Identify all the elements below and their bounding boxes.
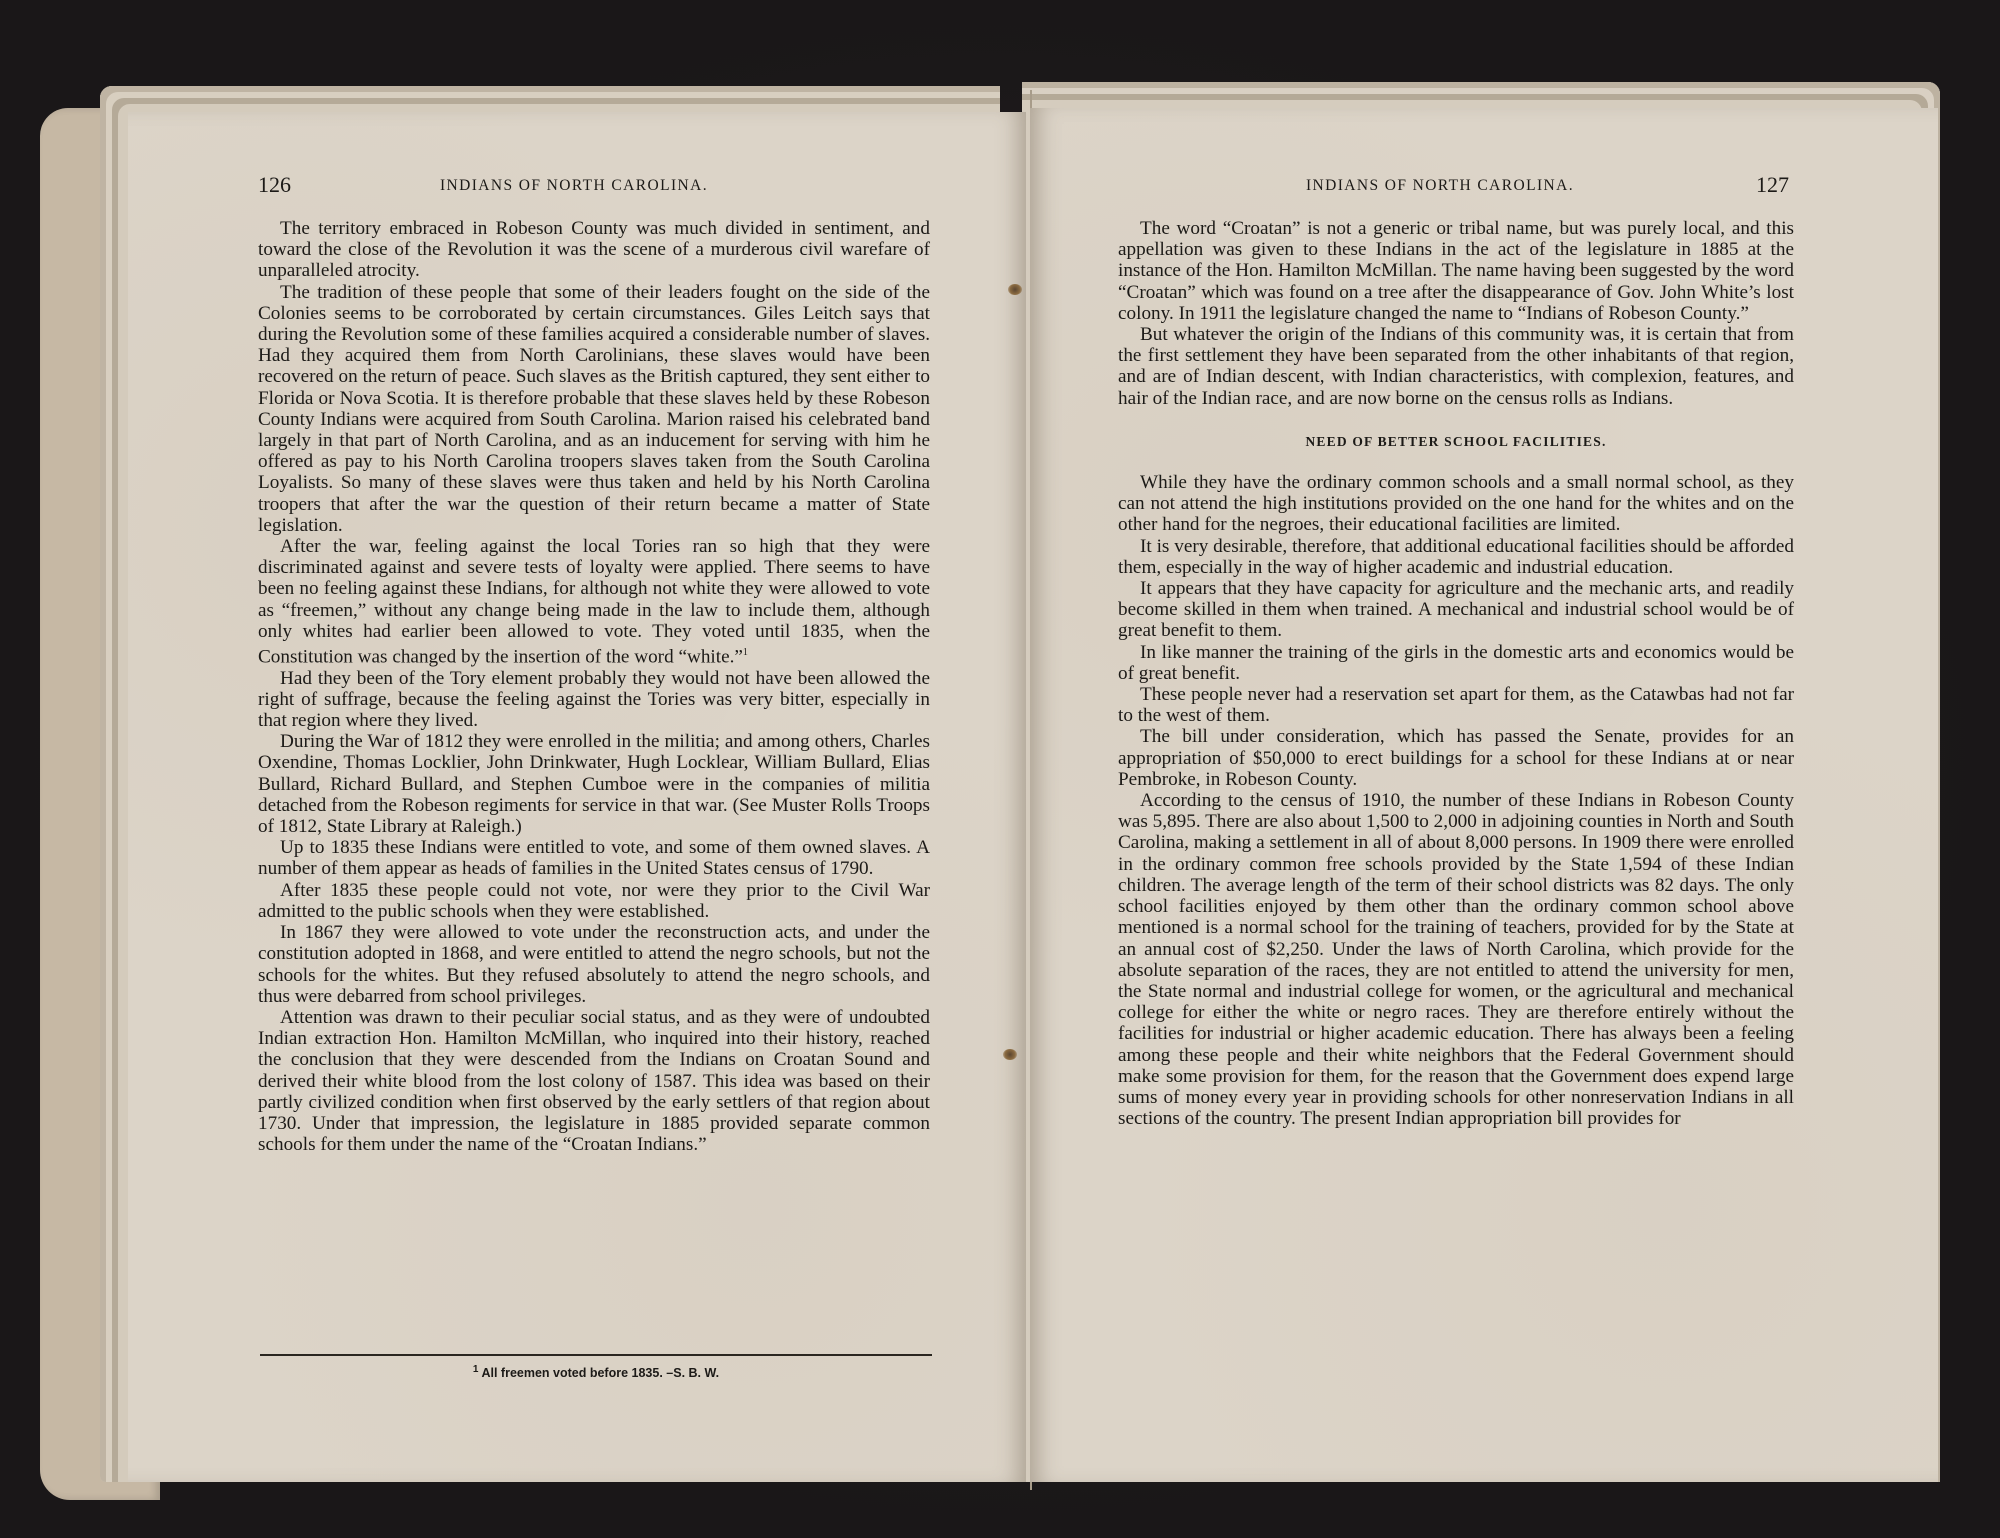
paragraph: But whatever the origin of the Indians o… [1118,324,1794,409]
page-number-right: 127 [1756,172,1789,198]
footnote-divider [260,1354,932,1356]
paragraph: Up to 1835 these Indians were entitled t… [258,837,930,879]
paragraph: After the war, feeling against the local… [258,536,930,668]
paragraph: The bill under consideration, which has … [1118,726,1794,790]
section-heading: NEED OF BETTER SCHOOL FACILITIES. [1118,431,1794,452]
left-page-body: The territory embraced in Robeson County… [258,218,930,1155]
paragraph: While they have the ordinary common scho… [1118,472,1794,536]
binding-hole [1008,284,1022,295]
paragraph: According to the census of 1910, the num… [1118,790,1794,1129]
paragraph: The word “Croatan” is not a generic or t… [1118,218,1794,324]
footnote-ref: 1 [743,647,748,658]
paragraph: After 1835 these people could not vote, … [258,880,930,922]
paragraph: The tradition of these people that some … [258,282,930,536]
paragraph: Had they been of the Tory element probab… [258,668,930,732]
paragraph: Attention was drawn to their peculiar so… [258,1007,930,1155]
paragraph: These people never had a reservation set… [1118,684,1794,726]
paragraph: In like manner the training of the girls… [1118,642,1794,684]
paragraph: The territory embraced in Robeson County… [258,218,930,282]
paragraph: During the War of 1812 they were enrolle… [258,731,930,837]
footnote: 1 All freemen voted before 1835. –S. B. … [260,1364,932,1380]
paragraph: In 1867 they were allowed to vote under … [258,922,930,1007]
page-number-left: 126 [258,172,291,198]
running-head-left: INDIANS OF NORTH CAROLINA. [440,177,708,195]
paragraph: It appears that they have capacity for a… [1118,578,1794,642]
binding-hole [1003,1049,1017,1060]
right-page-body: The word “Croatan” is not a generic or t… [1118,218,1794,1129]
running-head-right: INDIANS OF NORTH CAROLINA. [1306,177,1574,195]
paragraph: It is very desirable, therefore, that ad… [1118,536,1794,578]
